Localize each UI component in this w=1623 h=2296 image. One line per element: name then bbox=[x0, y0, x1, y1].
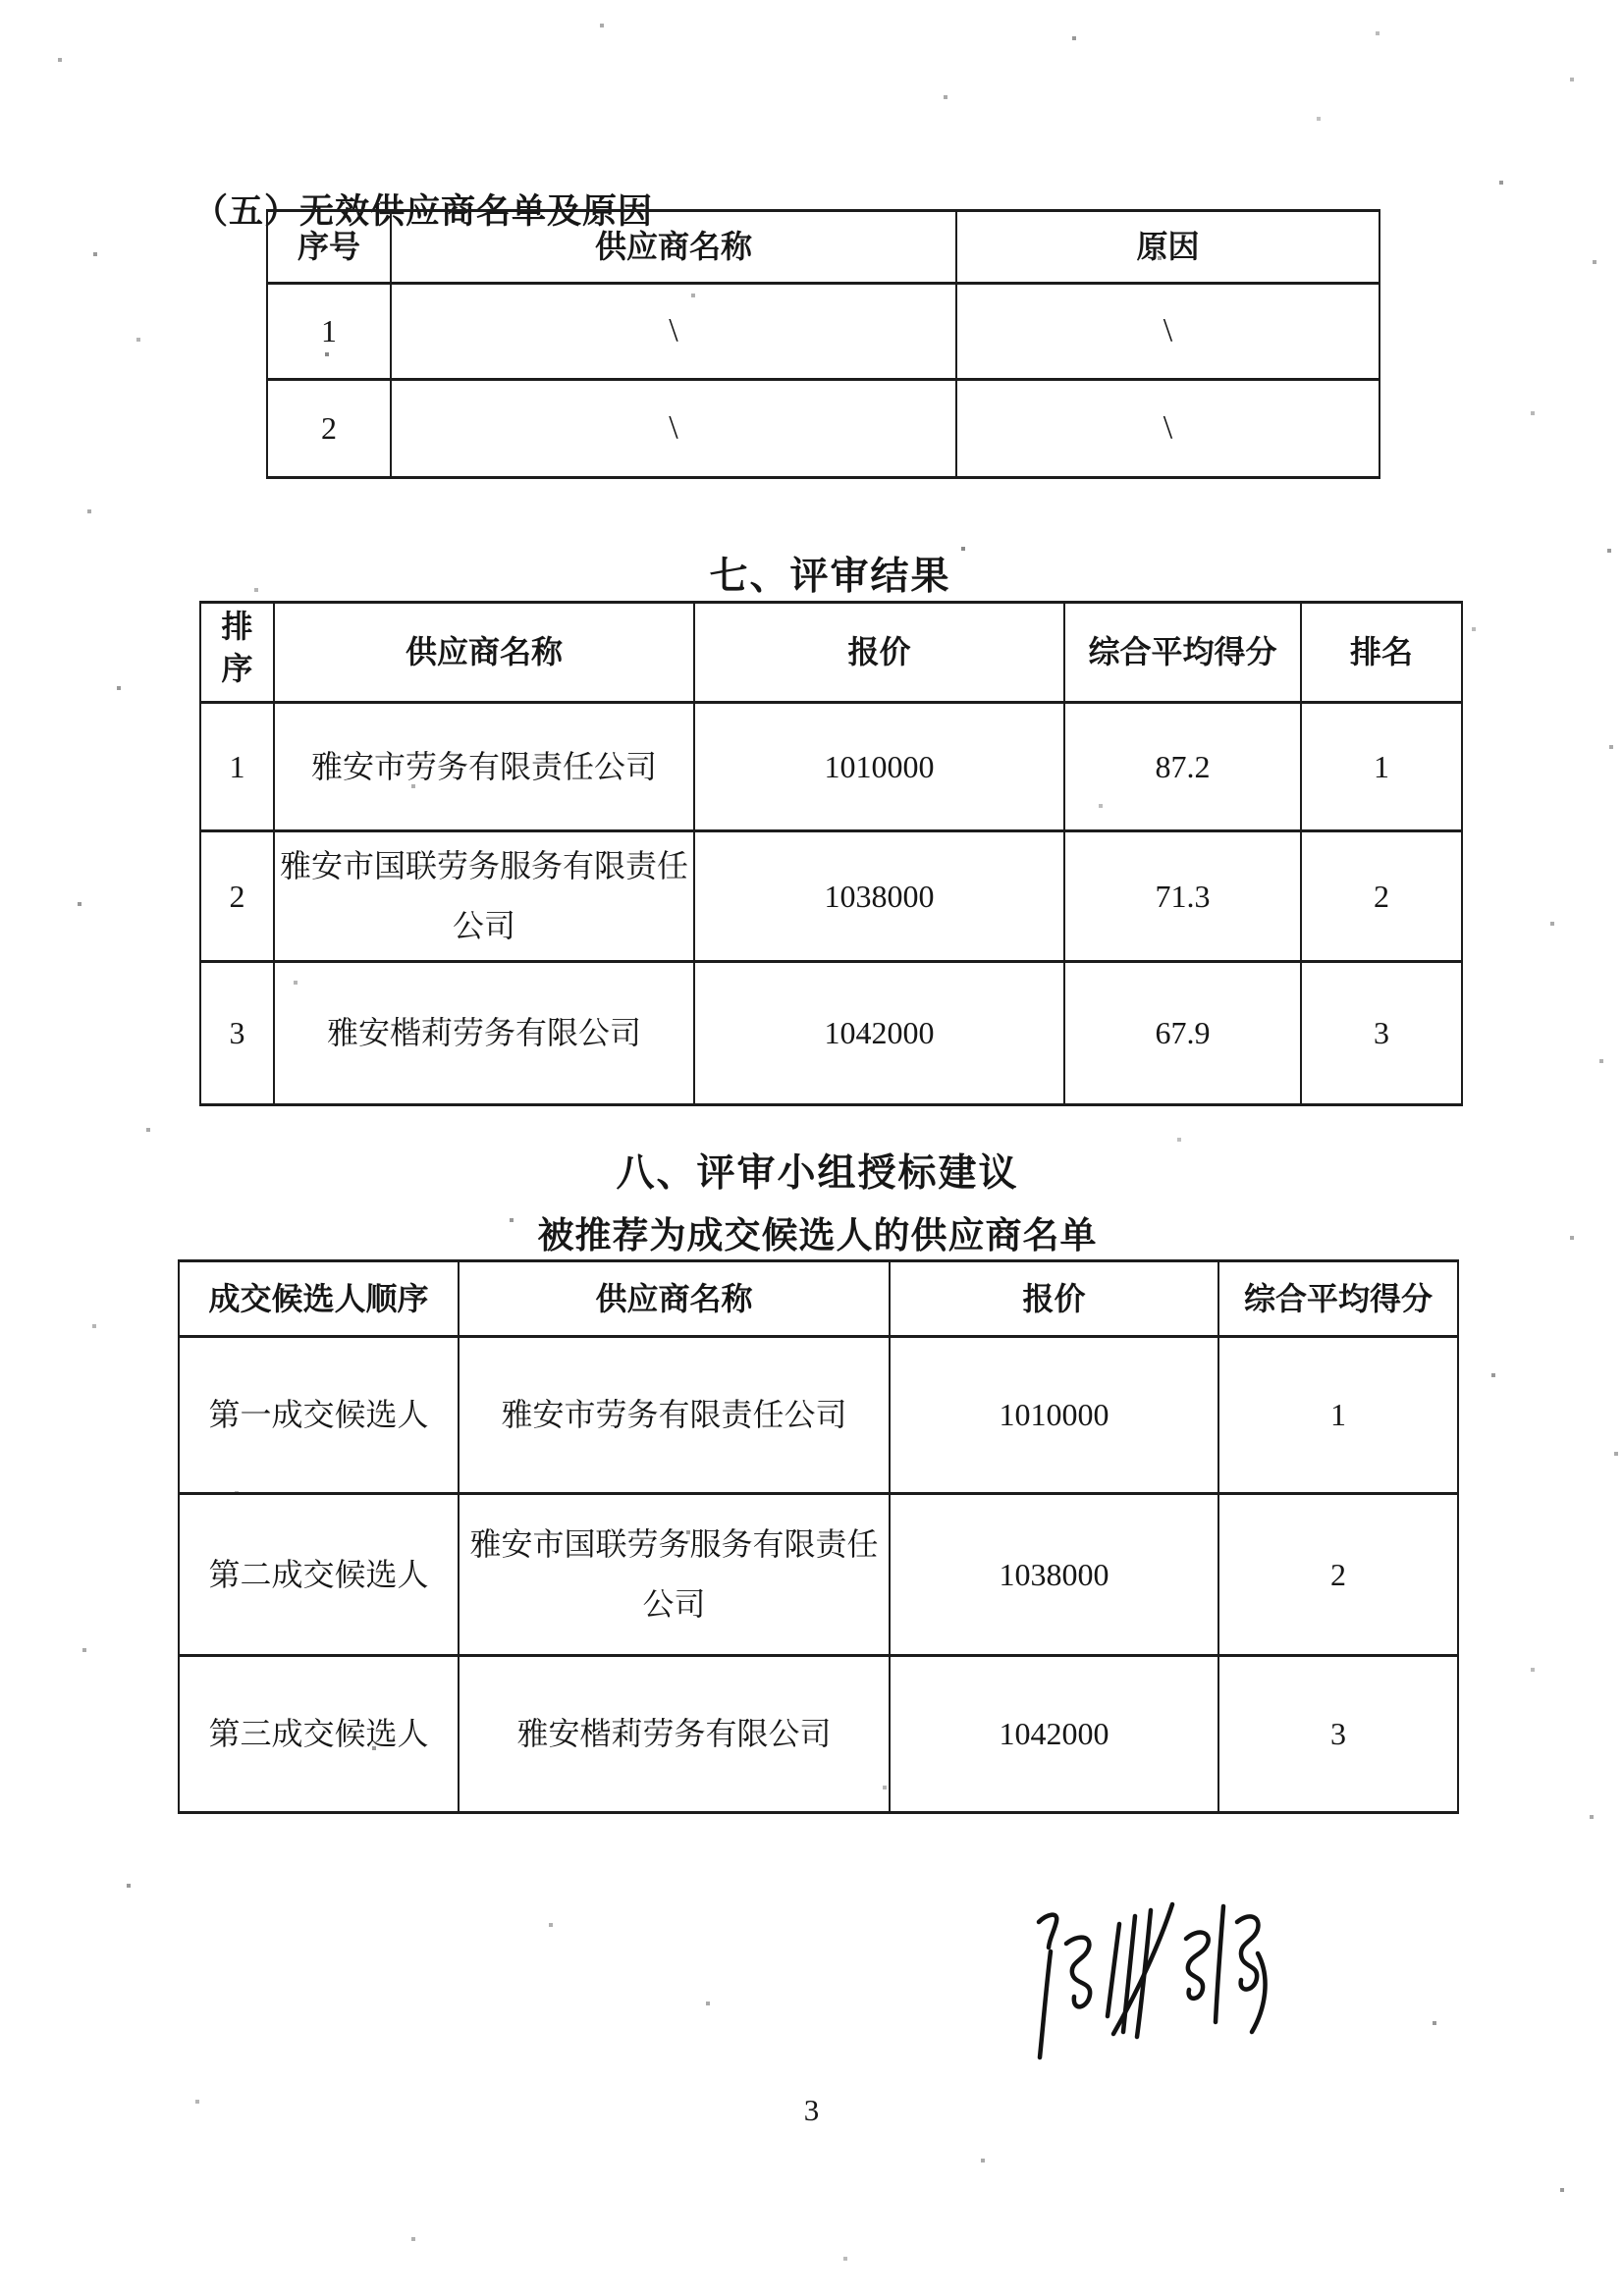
handwritten-signature bbox=[1029, 1893, 1292, 2075]
cell-seq: 2 bbox=[267, 380, 391, 478]
cell-score: 67.9 bbox=[1064, 961, 1301, 1104]
cell-candidate-order: 第二成交候选人 bbox=[179, 1494, 459, 1656]
header-label: 排序 bbox=[220, 606, 255, 690]
cell-supplier: \ bbox=[391, 284, 956, 380]
cell-score: 1 bbox=[1218, 1337, 1458, 1494]
cell-order: 3 bbox=[200, 961, 274, 1104]
cell-candidate-order: 第一成交候选人 bbox=[179, 1337, 459, 1494]
table-row: 3 雅安楷莉劳务有限公司 1042000 67.9 3 bbox=[200, 961, 1462, 1104]
cell-supplier: \ bbox=[391, 380, 956, 478]
cell-supplier: 雅安市劳务有限责任公司 bbox=[274, 702, 694, 830]
header-cell-rank: 排名 bbox=[1301, 603, 1462, 703]
cell-score: 87.2 bbox=[1064, 702, 1301, 830]
cell-price: 1010000 bbox=[890, 1337, 1218, 1494]
cell-reason: \ bbox=[956, 284, 1380, 380]
cell-price: 1042000 bbox=[694, 961, 1064, 1104]
header-cell-score: 综合平均得分 bbox=[1064, 603, 1301, 703]
cell-reason: \ bbox=[956, 380, 1380, 478]
section8-subtitle: 被推荐为成交候选人的供应商名单 bbox=[178, 1205, 1457, 1258]
cell-order: 1 bbox=[200, 702, 274, 830]
table-row: 1 \ \ bbox=[267, 284, 1380, 380]
invalid-suppliers-table: 序号 供应商名称 原因 1 \ \ 2 \ \ bbox=[266, 209, 1380, 479]
cell-rank: 2 bbox=[1301, 830, 1462, 961]
cell-rank: 1 bbox=[1301, 702, 1462, 830]
cell-order: 2 bbox=[200, 830, 274, 961]
section8-title: 八、评审小组授标建议 bbox=[178, 1143, 1457, 1198]
header-cell-price: 报价 bbox=[890, 1261, 1218, 1337]
header-cell-reason: 原因 bbox=[956, 211, 1380, 284]
cell-supplier: 雅安楷莉劳务有限公司 bbox=[459, 1656, 890, 1813]
header-cell-price: 报价 bbox=[694, 603, 1064, 703]
table-row: 第二成交候选人 雅安市国联劳务服务有限责任公司 1038000 2 bbox=[179, 1494, 1458, 1656]
cell-price: 1038000 bbox=[890, 1494, 1218, 1656]
table-row: 2 \ \ bbox=[267, 380, 1380, 478]
header-cell-supplier: 供应商名称 bbox=[274, 603, 694, 703]
table-row: 第三成交候选人 雅安楷莉劳务有限公司 1042000 3 bbox=[179, 1656, 1458, 1813]
table-header-row: 排序 供应商名称 报价 综合平均得分 排名 bbox=[200, 603, 1462, 703]
cell-price: 1038000 bbox=[694, 830, 1064, 961]
cell-supplier: 雅安楷莉劳务有限公司 bbox=[274, 961, 694, 1104]
award-candidates-table: 成交候选人顺序 供应商名称 报价 综合平均得分 第一成交候选人 雅安市劳务有限责… bbox=[178, 1259, 1459, 1814]
cell-supplier: 雅安市国联劳务服务有限责任公司 bbox=[459, 1494, 890, 1656]
document-page: （五）无效供应商名单及原因 序号 供应商名称 原因 1 \ \ 2 \ \ 七、… bbox=[0, 0, 1623, 2296]
review-results-table: 排序 供应商名称 报价 综合平均得分 排名 1 雅安市劳务有限责任公司 1010… bbox=[199, 601, 1463, 1106]
table-header-row: 序号 供应商名称 原因 bbox=[267, 211, 1380, 284]
scan-noise-speckles bbox=[0, 0, 2, 2]
table-row: 第一成交候选人 雅安市劳务有限责任公司 1010000 1 bbox=[179, 1337, 1458, 1494]
header-cell-supplier: 供应商名称 bbox=[391, 211, 956, 284]
cell-seq: 1 bbox=[267, 284, 391, 380]
cell-supplier: 雅安市国联劳务服务有限责任公司 bbox=[274, 830, 694, 961]
cell-price: 1010000 bbox=[694, 702, 1064, 830]
cell-score: 71.3 bbox=[1064, 830, 1301, 961]
header-cell-candidate-order: 成交候选人顺序 bbox=[179, 1261, 459, 1337]
cell-price: 1042000 bbox=[890, 1656, 1218, 1813]
header-cell-seq: 序号 bbox=[267, 211, 391, 284]
cell-candidate-order: 第三成交候选人 bbox=[179, 1656, 459, 1813]
table-header-row: 成交候选人顺序 供应商名称 报价 综合平均得分 bbox=[179, 1261, 1458, 1337]
cell-supplier: 雅安市劳务有限责任公司 bbox=[459, 1337, 890, 1494]
page-number: 3 bbox=[0, 2093, 1623, 2128]
section7-title: 七、评审结果 bbox=[199, 546, 1461, 601]
table-row: 2 雅安市国联劳务服务有限责任公司 1038000 71.3 2 bbox=[200, 830, 1462, 961]
cell-rank: 3 bbox=[1301, 961, 1462, 1104]
header-cell-score: 综合平均得分 bbox=[1218, 1261, 1458, 1337]
header-cell-rank-order: 排序 bbox=[200, 603, 274, 703]
table-row: 1 雅安市劳务有限责任公司 1010000 87.2 1 bbox=[200, 702, 1462, 830]
header-cell-supplier: 供应商名称 bbox=[459, 1261, 890, 1337]
cell-score: 3 bbox=[1218, 1656, 1458, 1813]
cell-score: 2 bbox=[1218, 1494, 1458, 1656]
